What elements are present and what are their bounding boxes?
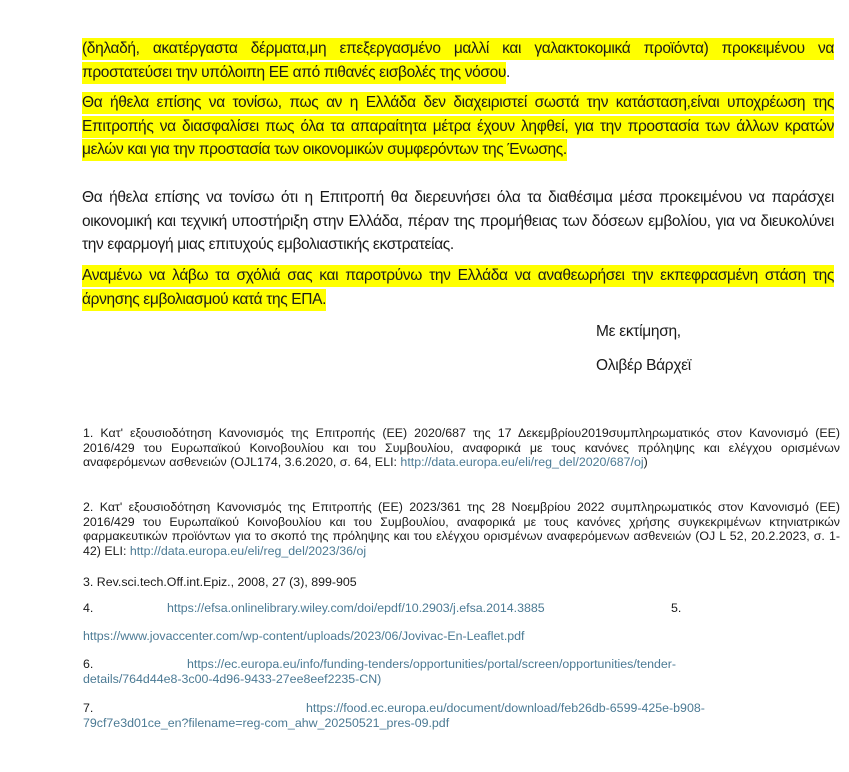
footnote-number: 2. <box>83 500 93 514</box>
footnote-link[interactable]: details/764d44e8-3c00-4d96-9433-27ee8eef… <box>83 672 381 686</box>
footnote-link[interactable]: 79cf7e3d01ce_en?filename=reg-com_ahw_202… <box>83 716 449 730</box>
signature-name: Ολιβέρ Βάρχεϊ <box>596 357 691 375</box>
footnote-2: 2. Κατ' εξουσιοδότηση Κανονισμός της Επι… <box>83 500 840 558</box>
footnote-6-continued: details/764d44e8-3c00-4d96-9433-27ee8eef… <box>83 672 840 687</box>
footnote-link[interactable]: https://ec.europa.eu/info/funding-tender… <box>187 657 676 672</box>
footnote-number: 6. <box>83 657 93 672</box>
footnote-link[interactable]: https://www.jovaccenter.com/wp-content/u… <box>83 629 525 643</box>
footnote-link[interactable]: https://food.ec.europa.eu/document/downl… <box>306 701 705 716</box>
highlighted-text: Αναμένω να λάβω τα σχόλιά σας και παροτρ… <box>82 265 834 311</box>
footnote-7-continued: 79cf7e3d01ce_en?filename=reg-com_ahw_202… <box>83 716 840 731</box>
highlighted-text: (δηλαδή, ακατέργαστα δέρματα,μη επεξεργα… <box>82 38 834 84</box>
footnote-link[interactable]: http://data.europa.eu/eli/reg_del/2023/3… <box>130 544 366 558</box>
paragraph-trailing: . <box>506 64 510 81</box>
document-page: (δηλαδή, ακατέργαστα δέρματα,μη επεξεργα… <box>0 0 849 772</box>
footnote-number: 5. <box>671 601 681 616</box>
paragraph-support: Θα ήθελα επίσης να τονίσω ότι η Επιτροπή… <box>82 186 834 257</box>
footnote-text: Rev.sci.tech.Off.int.Epiz., 2008, 27 (3)… <box>97 575 357 589</box>
paragraph-measures: (δηλαδή, ακατέργαστα δέρματα,μη επεξεργα… <box>82 37 834 84</box>
footnote-after: ) <box>644 455 648 469</box>
footnote-1: 1. Κατ' εξουσιοδότηση Κανονισμός της Επι… <box>83 426 840 470</box>
footnote-number: 3. <box>83 575 93 589</box>
footnote-5: https://www.jovaccenter.com/wp-content/u… <box>83 629 840 644</box>
footnote-link[interactable]: https://efsa.onlinelibrary.wiley.com/doi… <box>167 601 545 616</box>
footnote-link[interactable]: http://data.europa.eu/eli/reg_del/2020/6… <box>400 455 643 469</box>
footnote-number: 1. <box>83 426 93 440</box>
highlighted-text: Θα ήθελα επίσης να τονίσω, πως αν η Ελλά… <box>82 92 834 161</box>
paragraph-commission-obligation: Θα ήθελα επίσης να τονίσω, πως αν η Ελλά… <box>82 91 834 162</box>
paragraph-request: Αναμένω να λάβω τα σχόλιά σας και παροτρ… <box>82 264 834 311</box>
footnote-number: 4. <box>83 601 93 616</box>
footnote-number: 7. <box>83 701 93 716</box>
footnote-3: 3. Rev.sci.tech.Off.int.Epiz., 2008, 27 … <box>83 575 840 590</box>
closing-greeting: Με εκτίμηση, <box>596 323 681 341</box>
